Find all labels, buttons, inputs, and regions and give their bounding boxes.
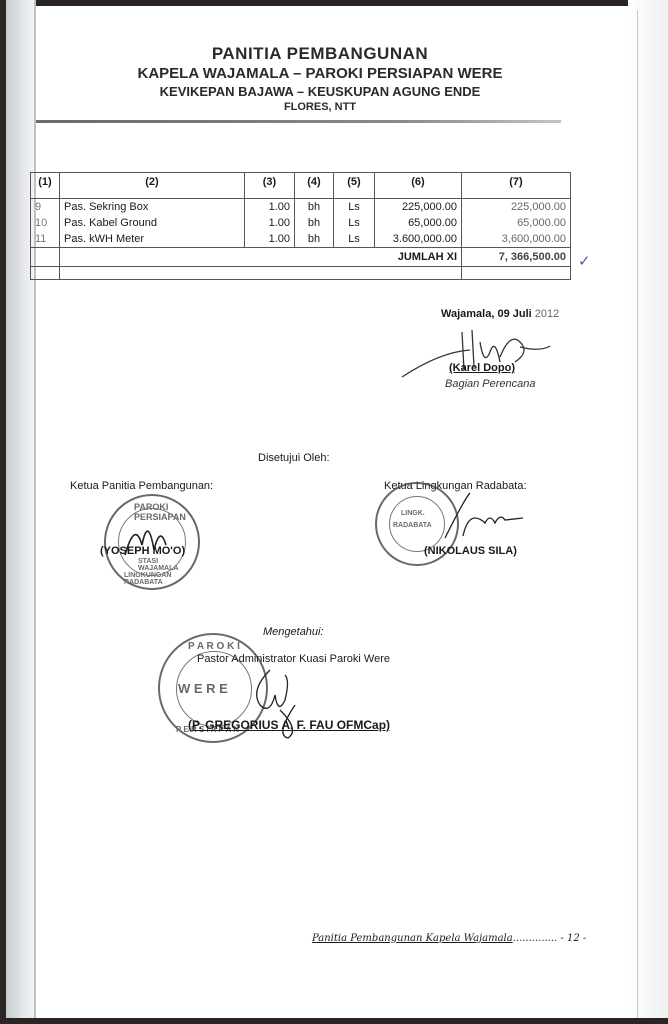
budget-table: (1) (2) (3) (4) (5) (6) (7) 9 Pas. Sekri… [30,172,571,280]
spacer-cell [31,267,60,280]
row-item: Pas. Sekring Box [60,199,245,216]
table-row: 11 Pas. kWH Meter 1.00 bh Ls 3.600,000.0… [31,231,571,248]
total-empty [31,248,60,267]
col-header: (5) [334,173,375,199]
row-qty: 1.00 [245,199,295,216]
row-unit: bh [295,215,334,231]
row-type: Ls [334,231,375,248]
page-fold-shadow [6,0,36,1024]
letterhead-title: PANITIA PEMBANGUNAN [40,44,600,64]
acknowledged-label: Mengetahui: [263,626,324,638]
footer-title: Panitia Pembangunan Kapela Wajamala [312,933,513,944]
table-row: 9 Pas. Sekring Box 1.00 bh Ls 225,000.00… [31,199,571,216]
approved-by-label: Disetujui Oleh: [258,452,330,464]
letterhead-subtitle: KAPELA WAJAMALA – PAROKI PERSIAPAN WERE [40,64,600,83]
stamp-text: LINGK. [401,510,425,517]
spacer-cell [462,267,571,280]
table-total-row: JUMLAH XI 7, 366,500.00 [31,248,571,267]
page-footer: Panitia Pembangunan Kapela Wajamala.....… [312,933,586,944]
footer-dots: .............. [513,933,558,944]
row-type: Ls [334,215,375,231]
neighborhood-head-name: (NIKOLAUS SILA) [424,545,517,557]
total-label: JUMLAH XI [60,248,462,267]
letterhead-diocese: KEVIKEPAN BAJAWA – KEUSKUPAN AGUNG ENDE [40,83,600,100]
row-unit: bh [295,231,334,248]
letterhead-rule [36,120,561,123]
place-date: Wajamala, 09 Juli 2012 [441,308,559,320]
row-total: 225,000.00 [462,199,571,216]
row-total: 65,000.00 [462,215,571,231]
row-qty: 1.00 [245,215,295,231]
place-date-year: 2012 [535,308,559,320]
chairman-role: Ketua Panitia Pembangunan: [70,480,213,492]
col-header: (7) [462,173,571,199]
table-header-row: (1) (2) (3) (4) (5) (6) (7) [31,173,571,199]
place-date-text: Wajamala, 09 Juli [441,308,535,320]
planner-name: (Karel Dopo) [449,362,515,374]
stamp-text: STASI WAJAMALA [138,558,198,572]
stamp-text: W E R E [178,681,228,696]
row-price: 225,000.00 [375,199,462,216]
row-number: 11 [31,231,60,248]
check-mark-icon: ✓ [578,252,591,270]
row-item: Pas. kWH Meter [60,231,245,248]
chairman-name: (YOSEPH MO'O) [100,545,185,557]
scan-top-edge [0,0,668,6]
stamp-text: P A R O K I [188,641,240,652]
row-total: 3,600,000.00 [462,231,571,248]
page-right-shadow [628,0,668,1024]
stamp-text: RADABATA [393,522,432,529]
col-header: (3) [245,173,295,199]
pastor-name: (P. GREGORIUS A. F. FAU OFMCap) [188,718,390,732]
col-header: (2) [60,173,245,199]
page-fold-line [34,0,36,1024]
total-value: 7, 366,500.00 [462,248,571,267]
row-unit: bh [295,199,334,216]
letterhead: PANITIA PEMBANGUNAN KAPELA WAJAMALA – PA… [40,44,600,114]
planner-role: Bagian Perencana [445,378,536,390]
row-type: Ls [334,199,375,216]
col-header: (1) [31,173,60,199]
row-number: 10 [31,215,60,231]
stamp-text: LINGKUNGAN RADABATA [124,572,198,586]
spacer-cell [60,267,462,280]
signature-neighborhood-head-icon [435,488,525,543]
row-number: 9 [31,199,60,216]
table-row: 10 Pas. Kabel Ground 1.00 bh Ls 65,000.0… [31,215,571,231]
row-price: 3.600,000.00 [375,231,462,248]
table-spacer-row [31,267,571,280]
col-header: (4) [295,173,334,199]
row-item: Pas. Kabel Ground [60,215,245,231]
row-price: 65,000.00 [375,215,462,231]
col-header: (6) [375,173,462,199]
page-right-crease [637,10,638,1020]
scan-bottom-edge [0,1018,668,1024]
letterhead-location: FLORES, NTT [40,100,600,114]
page-number: - 12 - [557,933,586,944]
row-qty: 1.00 [245,231,295,248]
